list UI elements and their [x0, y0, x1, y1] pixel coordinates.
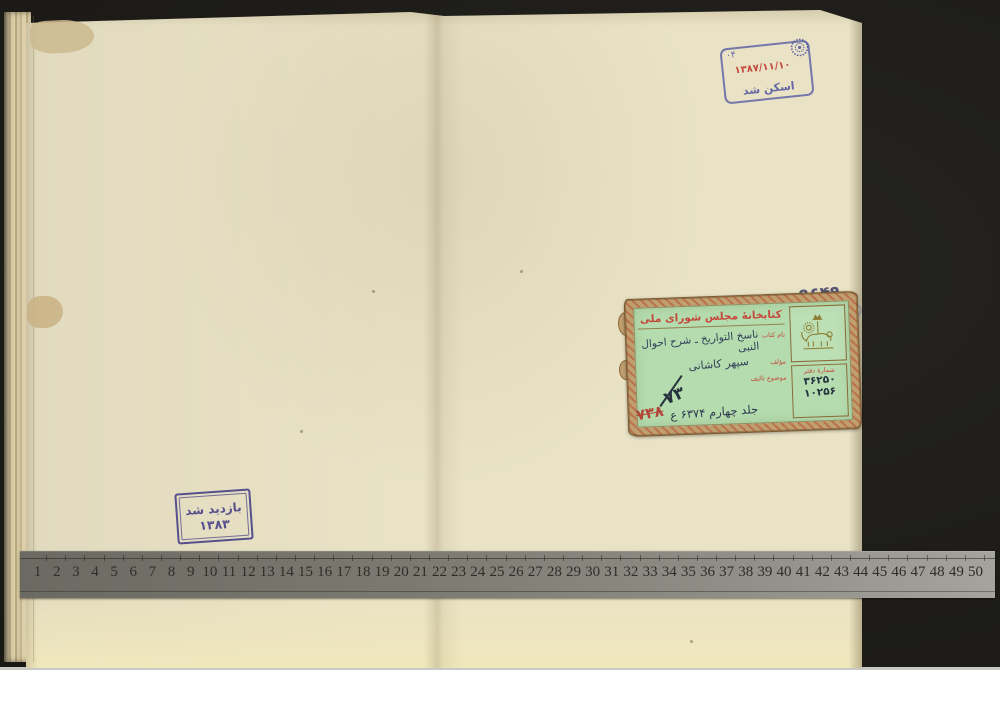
- ruler-scale: 1234567891011121314151617181920212223242…: [28, 551, 985, 598]
- ruler-number: 19: [373, 551, 392, 598]
- scan-status-text: اسکن شد: [725, 77, 812, 99]
- book-title-row: نام کتاب ناسخ التواریخ ـ شرح احوال النبی: [638, 328, 786, 357]
- library-name: کتابخانۀ مجلس شورای ملی: [640, 309, 782, 326]
- ruler-number: 37: [717, 551, 736, 598]
- ruler-number: 48: [928, 551, 947, 598]
- ruler-number: 32: [621, 551, 640, 598]
- ruler-number: 43: [832, 551, 851, 598]
- ruler-number: 1: [28, 551, 47, 598]
- ruler-number: 36: [698, 551, 717, 598]
- ruler-number: 42: [813, 551, 832, 598]
- bookplate-header: کتابخانۀ مجلس شورای ملی: [637, 307, 785, 330]
- lion-and-sun-box: [789, 304, 847, 362]
- measurement-ruler: 1234567891011121314151617181920212223242…: [20, 551, 995, 598]
- ruler-number: 23: [449, 551, 468, 598]
- ruler-number: 31: [602, 551, 621, 598]
- ruler-number: 29: [564, 551, 583, 598]
- book-title-label: نام کتاب: [762, 328, 785, 340]
- ruler-number: 47: [908, 551, 927, 598]
- ruler-number: 2: [47, 551, 66, 598]
- paper-speck: [372, 290, 375, 293]
- ruler-number: 12: [239, 551, 258, 598]
- ruler-number: 21: [411, 551, 430, 598]
- register-number-box: شمارۀ دفتر ۳۶۲۵۰ ۱۰۲۵۶: [791, 363, 849, 418]
- ruler-number: 35: [679, 551, 698, 598]
- ruler-number: 46: [889, 551, 908, 598]
- ruler-number: 50: [966, 551, 985, 598]
- subject-label: موضوع تالیف: [750, 370, 786, 382]
- ruler-number: 49: [947, 551, 966, 598]
- scan-date: ۱۳۸۷/۱۱/۱۰: [723, 58, 802, 77]
- paper-speck: [300, 430, 303, 433]
- ruler-number: 6: [124, 551, 143, 598]
- ruler-number: 17: [334, 551, 353, 598]
- sunburst-icon: [788, 35, 812, 59]
- visit-stamp: بازدید شد ۱۳۸۳: [174, 488, 253, 544]
- ruler-number: 26: [507, 551, 526, 598]
- ruler-number: 30: [583, 551, 602, 598]
- ruler-number: 28: [545, 551, 564, 598]
- ruler-number: 22: [430, 551, 449, 598]
- subject-row: موضوع تالیف: [639, 370, 786, 386]
- ruler-number: 7: [143, 551, 162, 598]
- ruler-number: 8: [162, 551, 181, 598]
- ruler-number: 41: [794, 551, 813, 598]
- scan-stamp: ۰۴ ۱۳۸۷/۱۱/۱۰ اسکن شد: [719, 39, 814, 104]
- ruler-number: 27: [526, 551, 545, 598]
- ruler-number: 38: [736, 551, 755, 598]
- bookplate-side-column: شمارۀ دفتر ۳۶۲۵۰ ۱۰۲۵۶: [789, 304, 849, 418]
- ruler-number: 40: [774, 551, 793, 598]
- ruler-number: 24: [468, 551, 487, 598]
- ruler-number: 5: [105, 551, 124, 598]
- ruler-number: 10: [200, 551, 219, 598]
- ruler-number: 20: [392, 551, 411, 598]
- visit-stamp-year: ۱۳۸۳: [199, 515, 231, 532]
- ruler-number: 44: [851, 551, 870, 598]
- ruler-number: 15: [296, 551, 315, 598]
- lion-and-sun-emblem: [795, 313, 840, 355]
- ruler-number: 18: [353, 551, 372, 598]
- ruler-number: 45: [870, 551, 889, 598]
- ruler-number: 4: [85, 551, 104, 598]
- paper-speck: [520, 270, 523, 273]
- ruler-number: 11: [219, 551, 238, 598]
- ruler-number: 13: [258, 551, 277, 598]
- ruler-number: 14: [277, 551, 296, 598]
- ruler-number: 25: [487, 551, 506, 598]
- ruler-number: 39: [755, 551, 774, 598]
- ruler-number: 16: [315, 551, 334, 598]
- ruler-number: 33: [641, 551, 660, 598]
- pencil-number: ۰۴: [726, 50, 737, 61]
- ruler-number: 3: [66, 551, 85, 598]
- scanned-manuscript-page: ۰۴ ۱۳۸۷/۱۱/۱۰ اسکن شد ۹۶۴۹: [0, 0, 1000, 707]
- visit-stamp-text: بازدید شد: [185, 500, 242, 518]
- paper-speck: [690, 640, 693, 643]
- author-label: مؤلف: [770, 355, 786, 367]
- ruler-number: 34: [660, 551, 679, 598]
- ruler-number: 9: [181, 551, 200, 598]
